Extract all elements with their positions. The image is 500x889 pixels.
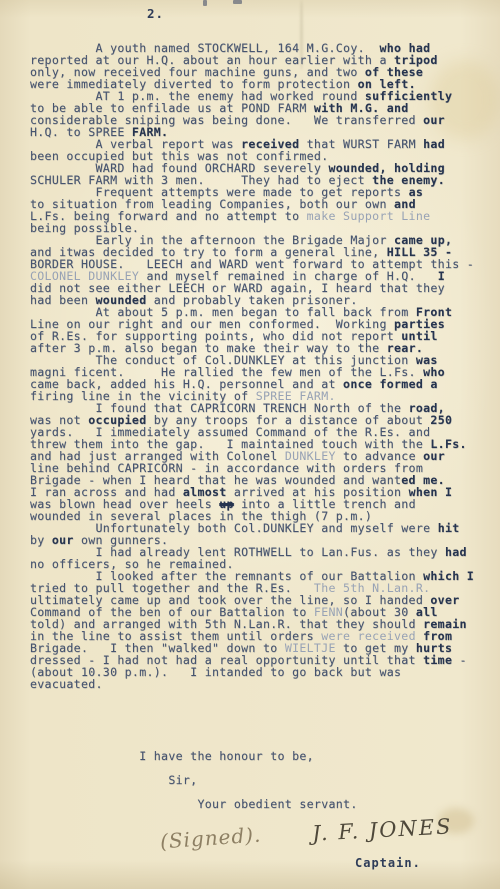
top-edge-ink-mark — [233, 0, 242, 4]
text-line — [30, 690, 492, 702]
text-line: evacuated. — [30, 678, 492, 690]
text-line — [30, 702, 492, 714]
text-line: Your obedient servant. — [30, 798, 492, 810]
typed-body: A youth named STOCKWELL, 164 M.G.Coy. wh… — [30, 42, 492, 810]
signed-annotation: (Signed). — [159, 822, 262, 853]
text-line: Sir, — [30, 774, 492, 786]
page-number: 2. — [147, 6, 164, 21]
top-edge-ink-mark — [203, 0, 207, 6]
text-line — [30, 714, 492, 726]
handwritten-signature: J. F. JONES — [311, 814, 453, 845]
text-line: I have the honour to be, — [30, 750, 492, 762]
text-line — [30, 726, 492, 738]
signature-rank: Captain. — [355, 856, 421, 870]
document-page: 2. A youth named STOCKWELL, 164 M.G.Coy.… — [0, 0, 500, 889]
